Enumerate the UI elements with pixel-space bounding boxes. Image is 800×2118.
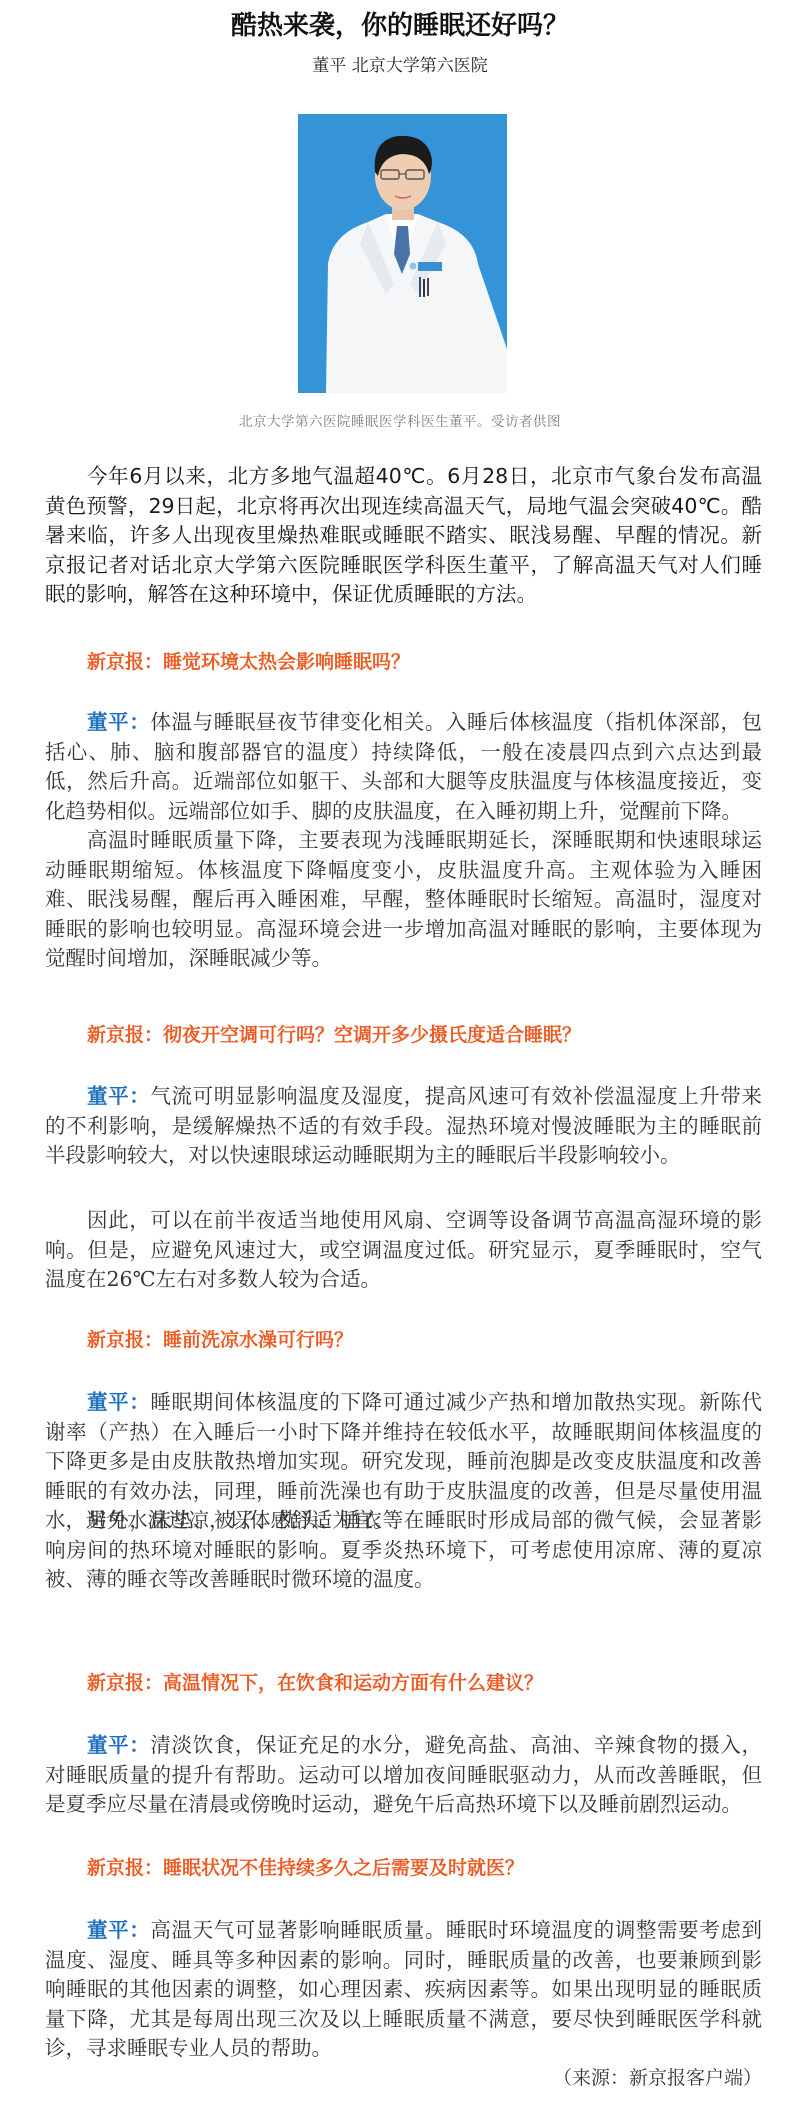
- answer-paragraph-1: 董平：体温与睡眠昼夜节律变化相关。入睡后体核温度（指机体深部，包括心、肺、脑和腹…: [45, 708, 762, 826]
- answer-text: 清淡饮食，保证充足的水分，避免高盐、高油、辛辣食物的摄入，对睡眠质量的提升有帮助…: [45, 1733, 762, 1816]
- speaker-label: 董平：: [87, 710, 150, 734]
- answer-paragraph-4: 董平：清淡饮食，保证充足的水分，避免高盐、高油、辛辣食物的摄入，对睡眠质量的提升…: [45, 1731, 762, 1820]
- question-heading-4: 新京报：高温情况下，在饮食和运动方面有什么建议？: [87, 1669, 767, 1697]
- question-heading-2: 新京报：彻夜开空调可行吗？空调开多少摄氏度适合睡眠？: [87, 1021, 767, 1049]
- question-heading-5: 新京报：睡眠状况不佳持续多久之后需要及时就医？: [87, 1854, 767, 1882]
- article-byline: 董平 北京大学第六医院: [0, 53, 800, 79]
- answer-paragraph-3b: 另外，床垫、被子、枕头、睡衣等在睡眠时形成局部的微气候，会显著影响房间的热环境对…: [45, 1506, 762, 1595]
- doctor-photo: [298, 114, 507, 393]
- question-heading-1: 新京报：睡觉环境太热会影响睡眠吗？: [87, 648, 767, 676]
- article-title: 酷热来袭，你的睡眠还好吗？: [0, 10, 800, 42]
- answer-paragraph-2b: 因此，可以在前半夜适当地使用风扇、空调等设备调节高温高湿环境的影响。但是，应避免…: [45, 1206, 762, 1295]
- photo-caption: 北京大学第六医院睡眠医学科医生董平。受访者供图: [0, 410, 800, 434]
- article-source: （来源：新京报客户端）: [553, 2064, 762, 2092]
- speaker-label: 董平：: [87, 1918, 150, 1942]
- doctor-portrait-image: [298, 114, 507, 393]
- speaker-label: 董平：: [87, 1084, 150, 1108]
- answer-paragraph-5: 董平：高温天气可显著影响睡眠质量。睡眠时环境温度的调整需要考虑到温度、湿度、睡具…: [45, 1916, 762, 2064]
- answer-paragraph-2: 董平：气流可明显影响温度及湿度，提高风速可有效补偿温湿度上升带来的不利影响，是缓…: [45, 1082, 762, 1171]
- answer-paragraph-1b: 高温时睡眠质量下降，主要表现为浅睡眠期延长，深睡眠期和快速眼球运动睡眠期缩短。体…: [45, 826, 762, 974]
- answer-text: 高温天气可显著影响睡眠质量。睡眠时环境温度的调整需要考虑到温度、湿度、睡具等多种…: [45, 1918, 762, 2060]
- question-heading-3: 新京报：睡前洗凉水澡可行吗？: [87, 1326, 767, 1354]
- speaker-label: 董平：: [87, 1390, 150, 1414]
- speaker-label: 董平：: [87, 1733, 150, 1757]
- answer-text: 体温与睡眠昼夜节律变化相关。入睡后体核温度（指机体深部，包括心、肺、脑和腹部器官…: [45, 710, 762, 823]
- answer-text: 气流可明显影响温度及湿度，提高风速可有效补偿温湿度上升带来的不利影响，是缓解燥热…: [45, 1084, 762, 1167]
- intro-paragraph: 今年6月以来，北方多地气温超40℃。6月28日，北京市气象台发布高温黄色预警，2…: [45, 462, 762, 610]
